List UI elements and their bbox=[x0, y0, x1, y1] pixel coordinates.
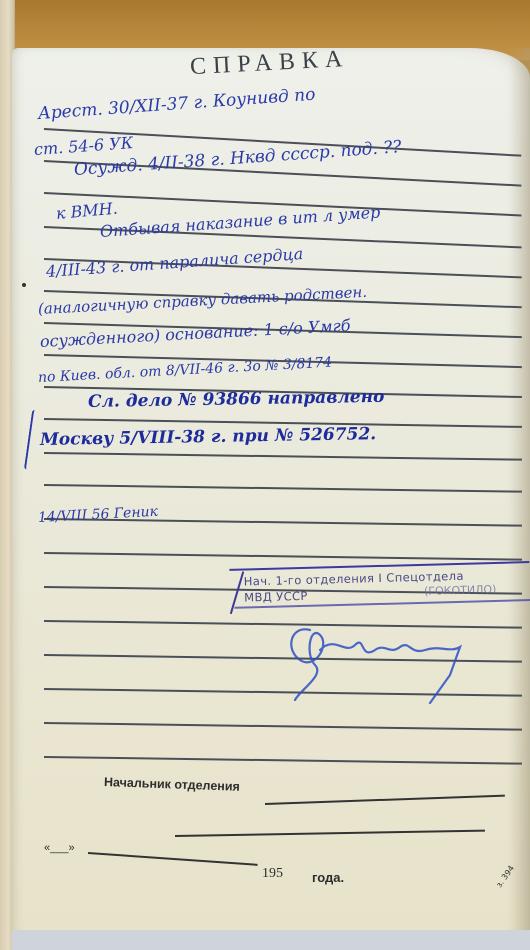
document-page bbox=[12, 48, 530, 950]
year-prefix: 195 bbox=[262, 866, 283, 882]
margin-mark bbox=[22, 283, 26, 287]
year-suffix: года. bbox=[312, 870, 344, 885]
date-day-field: «___» bbox=[44, 842, 75, 854]
underlying-page bbox=[12, 930, 530, 950]
signature-icon bbox=[280, 605, 500, 705]
stamp-agency: МВД УССР bbox=[244, 589, 308, 605]
stamp-officer-name: (ГОКОТИЛО) bbox=[424, 583, 497, 598]
